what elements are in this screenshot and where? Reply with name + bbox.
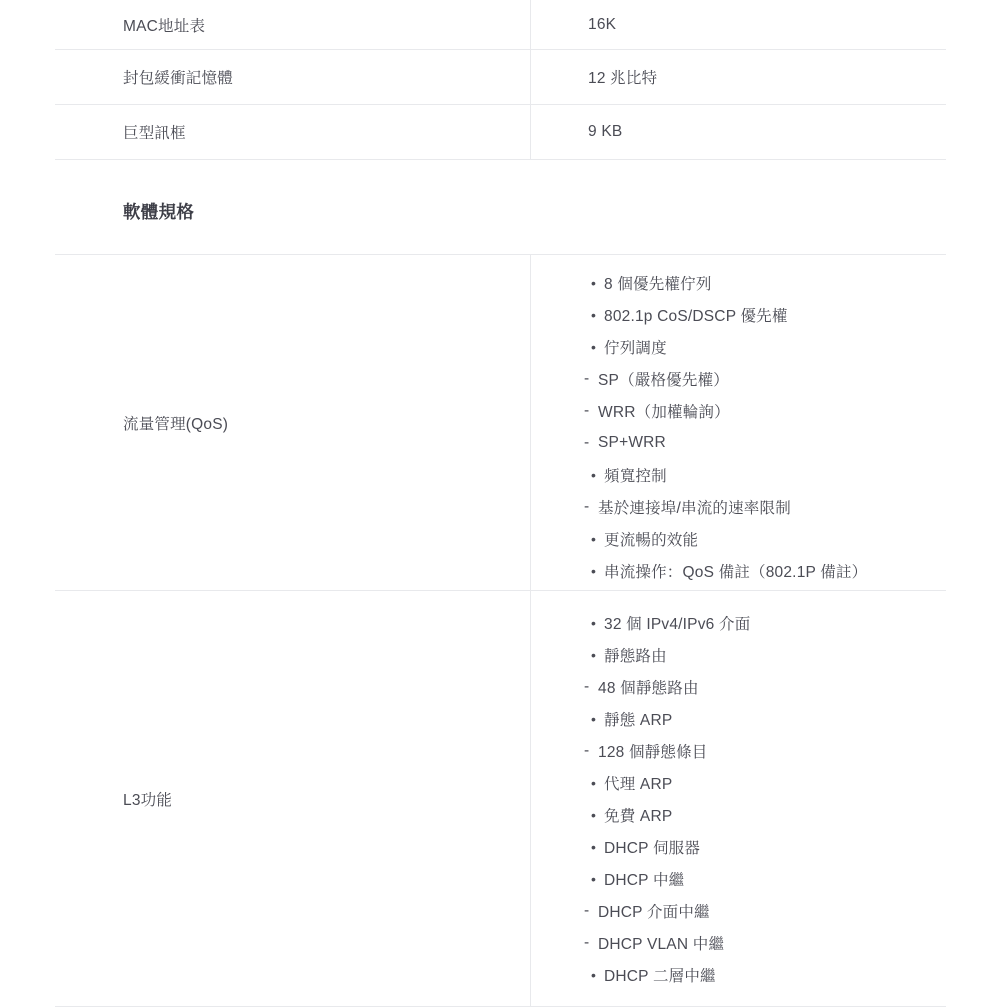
dash-marker: -: [584, 934, 598, 952]
list-item: •佇列調度: [531, 331, 946, 363]
item-text: 串流操作：QoS 備註（802.1P 備註）: [604, 560, 867, 582]
list-item: •更流暢的效能: [531, 523, 946, 555]
bullet-marker: •: [591, 647, 604, 663]
item-text: 頻寬控制: [604, 464, 667, 486]
dash-marker: -: [584, 902, 598, 920]
list-item: -SP+WRR: [531, 427, 946, 459]
item-text: SP+WRR: [598, 434, 666, 452]
table-row: 封包緩衝記憶體 12 兆比特: [55, 50, 946, 105]
list-item: •DHCP 伺服器: [531, 831, 946, 863]
item-text: 靜態路由: [604, 644, 667, 666]
item-text: DHCP 二層中繼: [604, 964, 716, 986]
bullet-marker: •: [591, 563, 604, 579]
item-text: 基於連接埠/串流的速率限制: [598, 496, 791, 518]
list-item: •免費 ARP: [531, 799, 946, 831]
list-item: •8 個優先權佇列: [531, 267, 946, 299]
list-item: -128 個靜態條目: [531, 735, 946, 767]
spec-value: 16K: [530, 0, 946, 49]
section-title: 軟體規格: [55, 160, 946, 255]
dash-marker: -: [584, 678, 598, 696]
bullet-marker: •: [591, 531, 604, 547]
bullet-marker: •: [591, 275, 604, 291]
item-text: 128 個靜態條目: [598, 740, 707, 762]
item-text: SP（嚴格優先權）: [598, 368, 729, 390]
table-row: MAC地址表 16K: [55, 0, 946, 50]
list-item: •靜態 ARP: [531, 703, 946, 735]
spec-value: 12 兆比特: [530, 50, 946, 104]
list-item: •靜態路由: [531, 639, 946, 671]
item-text: WRR（加權輪詢）: [598, 400, 730, 422]
bullet-marker: •: [591, 339, 604, 355]
bullet-marker: •: [591, 711, 604, 727]
dash-marker: -: [584, 742, 598, 760]
item-text: DHCP 介面中繼: [598, 900, 710, 922]
table-row: L3功能 •32 個 IPv4/IPv6 介面 •靜態路由 -48 個靜態路由 …: [55, 591, 946, 1000]
item-text: 802.1p CoS/DSCP 優先權: [604, 304, 788, 326]
item-text: DHCP VLAN 中繼: [598, 932, 724, 954]
item-text: 8 個優先權佇列: [604, 272, 712, 294]
list-item: -WRR（加權輪詢）: [531, 395, 946, 427]
item-text: DHCP 中繼: [604, 868, 684, 890]
spec-table: MAC地址表 16K 封包緩衝記憶體 12 兆比特 巨型訊框 9 KB 軟體規格…: [55, 0, 946, 1000]
item-text: 代理 ARP: [604, 772, 672, 794]
spec-label: MAC地址表: [55, 0, 530, 49]
bullet-marker: •: [591, 871, 604, 887]
list-item: -48 個靜態路由: [531, 671, 946, 703]
spec-label: L3功能: [55, 591, 530, 1000]
spec-item-list: •8 個優先權佇列 •802.1p CoS/DSCP 優先權 •佇列調度 -SP…: [530, 255, 946, 590]
bullet-marker: •: [591, 807, 604, 823]
bullet-marker: •: [591, 967, 604, 983]
item-text: 32 個 IPv4/IPv6 介面: [604, 612, 750, 634]
list-item: -DHCP VLAN 中繼: [531, 927, 946, 959]
list-item: •代理 ARP: [531, 767, 946, 799]
list-item: -DHCP 介面中繼: [531, 895, 946, 927]
list-item: -SP（嚴格優先權）: [531, 363, 946, 395]
item-text: DHCP 伺服器: [604, 836, 700, 858]
table-row: 巨型訊框 9 KB: [55, 105, 946, 160]
list-item: •頻寬控制: [531, 459, 946, 491]
item-text: 佇列調度: [604, 336, 667, 358]
spec-label: 巨型訊框: [55, 105, 530, 159]
bullet-marker: •: [591, 839, 604, 855]
item-text: 靜態 ARP: [604, 708, 672, 730]
bullet-marker: •: [591, 615, 604, 631]
spec-label: 封包緩衝記憶體: [55, 50, 530, 104]
table-row: 流量管理(QoS) •8 個優先權佇列 •802.1p CoS/DSCP 優先權…: [55, 255, 946, 591]
spec-label: 流量管理(QoS): [55, 255, 530, 590]
spec-item-list: •32 個 IPv4/IPv6 介面 •靜態路由 -48 個靜態路由 •靜態 A…: [530, 591, 946, 1000]
spec-value: 9 KB: [530, 105, 946, 159]
dash-marker: -: [584, 370, 598, 388]
list-item: •32 個 IPv4/IPv6 介面: [531, 607, 946, 639]
bullet-marker: •: [591, 775, 604, 791]
list-item: •串流操作：QoS 備註（802.1P 備註）: [531, 555, 946, 587]
list-item: -基於連接埠/串流的速率限制: [531, 491, 946, 523]
dash-marker: -: [584, 434, 598, 452]
item-text: 免費 ARP: [604, 804, 672, 826]
list-item: •802.1p CoS/DSCP 優先權: [531, 299, 946, 331]
bullet-marker: •: [591, 467, 604, 483]
bullet-marker: •: [591, 307, 604, 323]
dash-marker: -: [584, 402, 598, 420]
list-item: •DHCP 二層中繼: [531, 959, 946, 991]
list-item: •DHCP 中繼: [531, 863, 946, 895]
dash-marker: -: [584, 498, 598, 516]
item-text: 48 個靜態路由: [598, 676, 699, 698]
item-text: 更流暢的效能: [604, 528, 698, 550]
